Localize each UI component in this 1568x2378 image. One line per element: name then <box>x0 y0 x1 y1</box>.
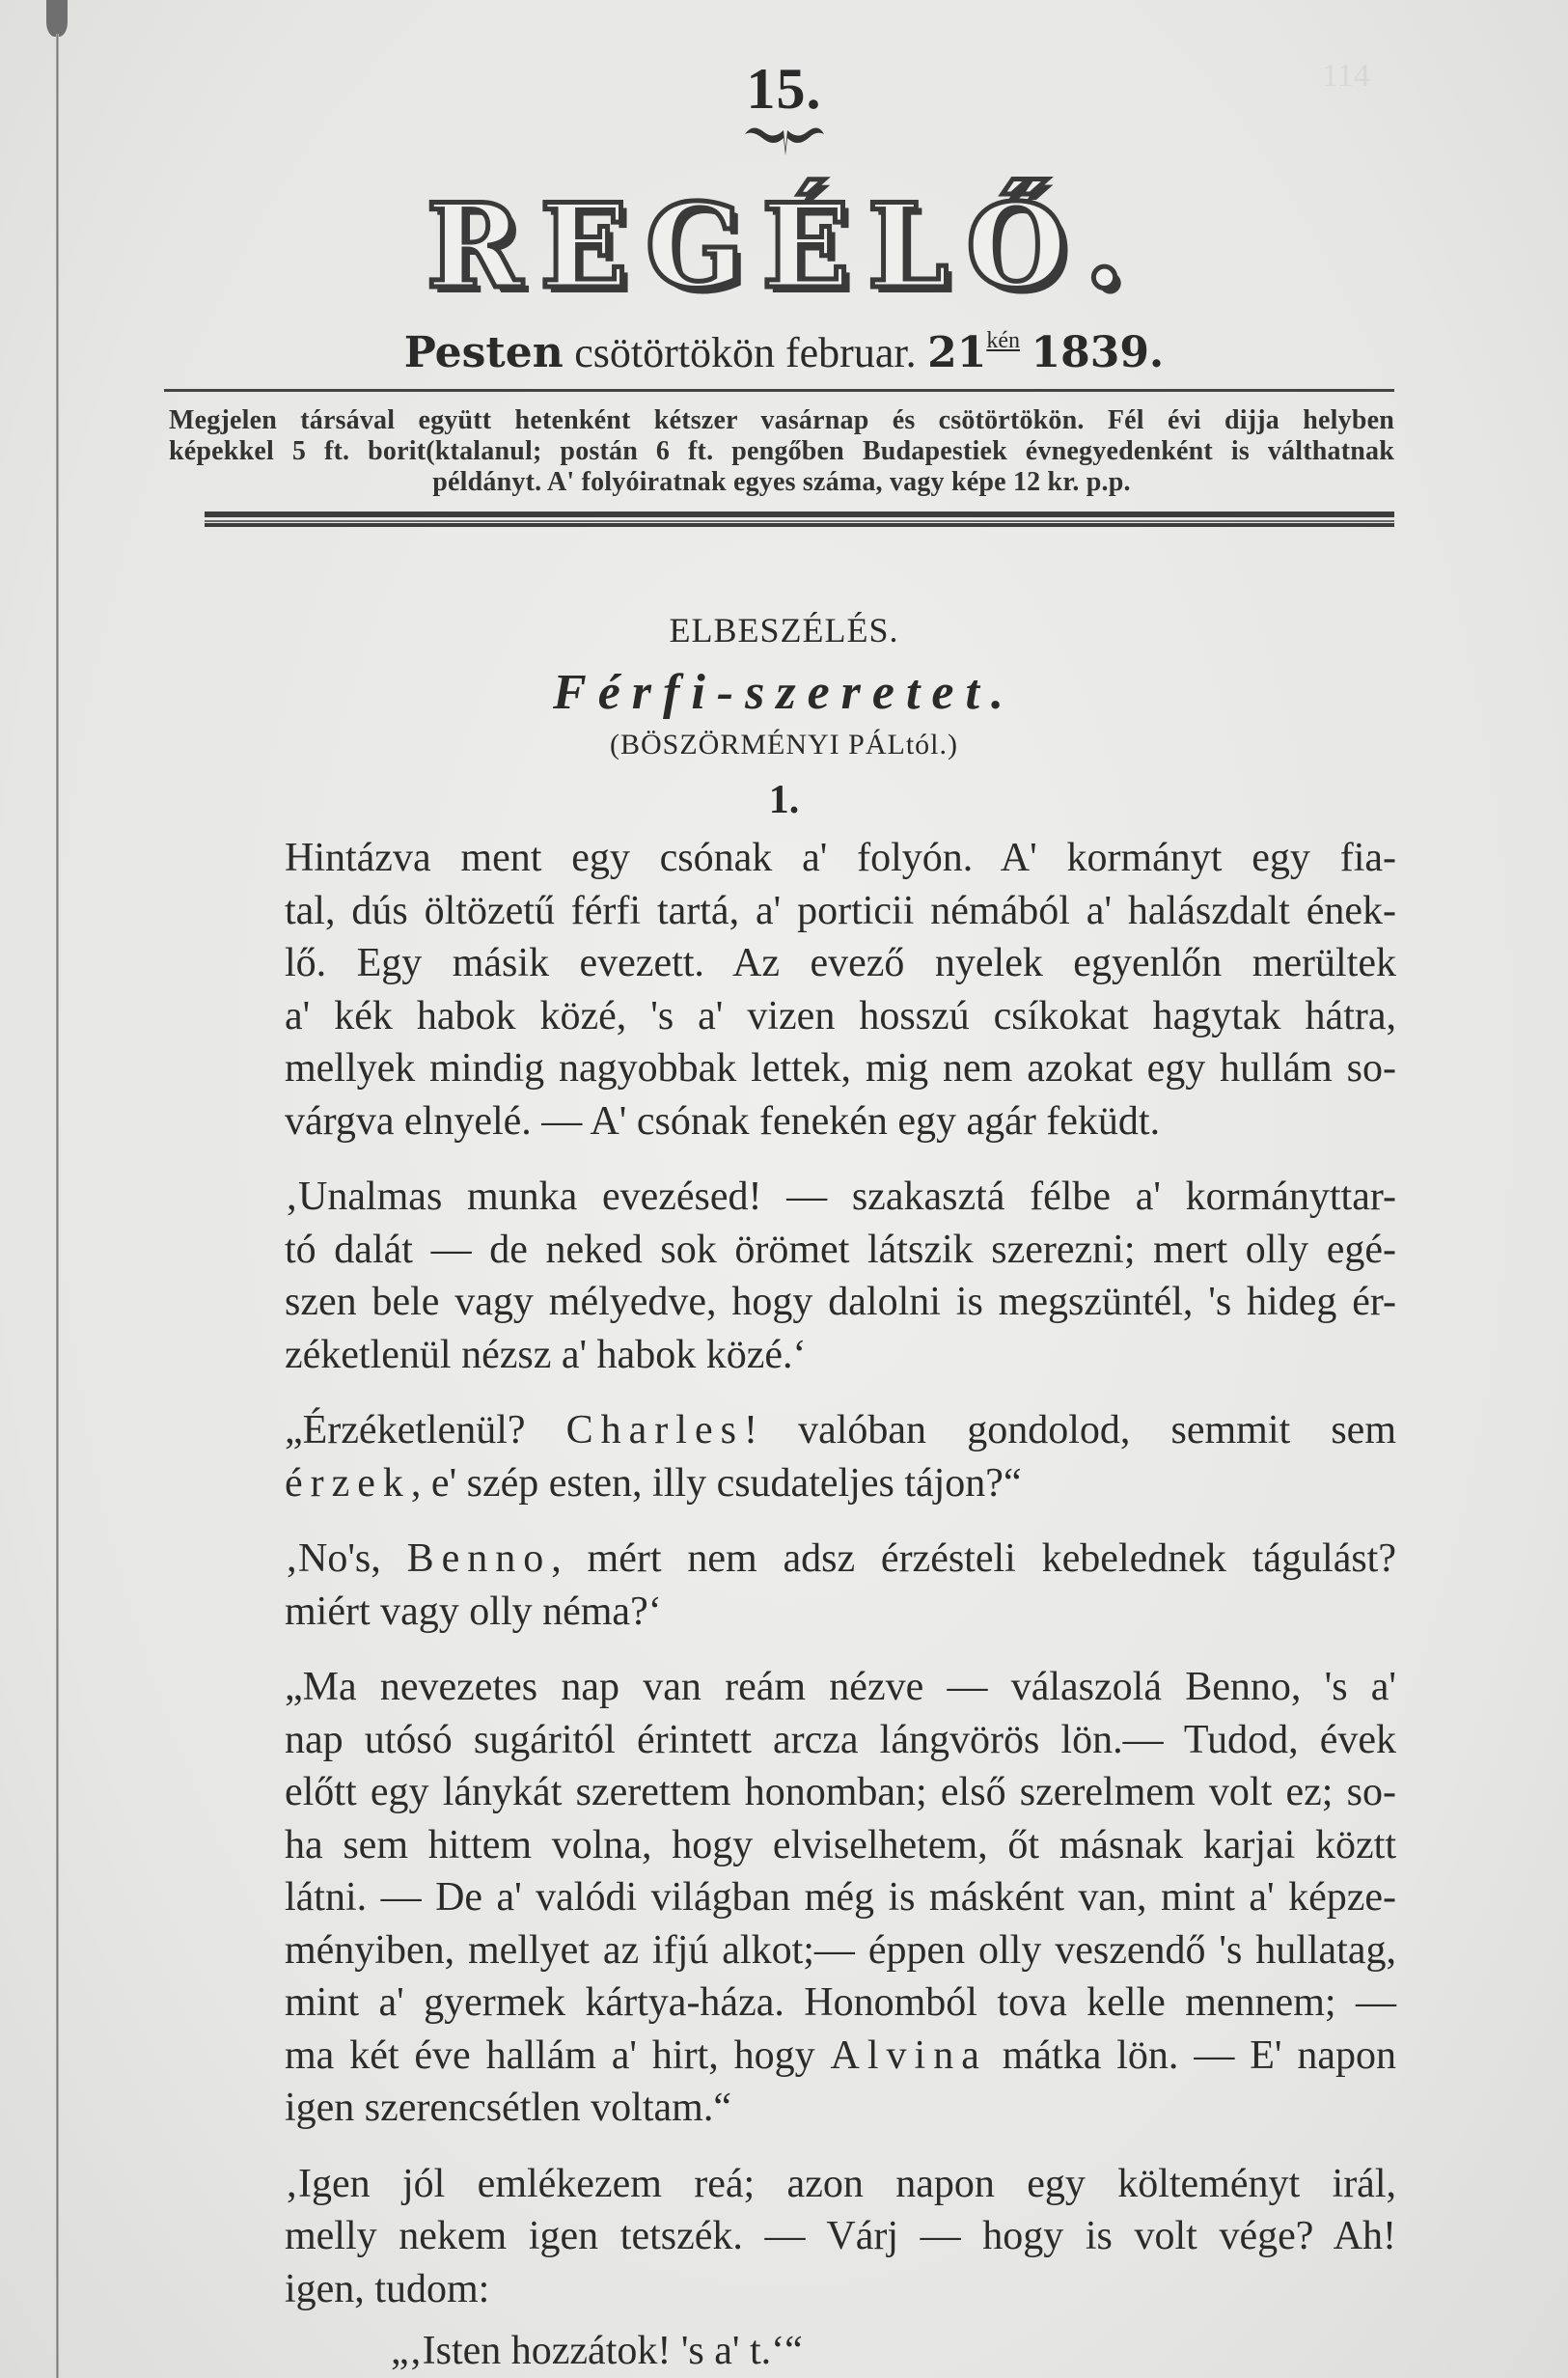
article-title: Férfi-szeretet. <box>0 664 1568 721</box>
text-line: „Ma nevezetes nap van reám nézve — válas… <box>285 1661 1396 1714</box>
text-line: igen szerencsétlen voltam.“ <box>285 2082 1396 2135</box>
text-line: igen, tudom: <box>285 2263 1396 2316</box>
emphasized-name: Benno <box>407 1536 552 1581</box>
double-rule-divider <box>205 512 1394 527</box>
dateline-day-suffix: kén <box>986 328 1020 353</box>
text-line: lő. Egy másik evezett. Az evező nyelek e… <box>285 937 1396 990</box>
paragraph-gap <box>285 1381 1396 1404</box>
text-line: zéketlenül nézsz a' habok közé.‘ <box>285 1329 1396 1382</box>
emphasized-name: Alvina <box>831 2033 987 2078</box>
text-line: nap utósó sugáritól érintett arcza lángv… <box>285 1714 1396 1767</box>
text-line: a' kék habok közé, 's a' vizen hosszú cs… <box>285 990 1396 1043</box>
text-line: tó dalát — de neked sok örömet látszik s… <box>285 1224 1396 1277</box>
subscription-line: képekkel 5 ft. borit(ktalanul; postán 6 … <box>169 436 1394 467</box>
text-line: mint a' gyermek kártya-háza. Honomból to… <box>285 1977 1396 2030</box>
verse-quote: „‚Isten hozzátok! 's a' t.‘“ <box>285 2325 1396 2378</box>
text-line: ha sem hittem volna, hogy elviselhetem, … <box>285 1819 1396 1872</box>
text-line: előtt egy lánykát szerettem honomban; el… <box>285 1766 1396 1819</box>
binding-notch <box>46 0 68 37</box>
text-line: mellyek mindig nagyobbak lettek, mig nem… <box>285 1042 1396 1095</box>
text-line: tal, dús öltözetű férfi tartá, a' portic… <box>285 885 1396 938</box>
paragraph-gap <box>285 1509 1396 1533</box>
text-line: várgva elnyelé. — A' csónak fenekén egy … <box>285 1095 1396 1148</box>
ornament-flourish-icon <box>0 121 1568 164</box>
header-rule <box>164 389 1394 392</box>
paragraph: „Érzéketlenül? Charles! valóban gondolod… <box>285 1404 1396 1509</box>
dateline: Pesten csötörtökön februar. 21kén 1839. <box>0 326 1568 377</box>
paragraph: „Ma nevezetes nap van reám nézve — válas… <box>285 1661 1396 2135</box>
text-line: ‚No's, Benno, mért nem adsz érzésteli ke… <box>285 1533 1396 1586</box>
section-heading: ELBESZÉLÉS. <box>0 610 1568 650</box>
paragraph: ‚Unalmas munka evezésed! — szakasztá fél… <box>285 1171 1396 1381</box>
paragraph: Hintázva ment egy csónak a' folyón. A' k… <box>285 832 1396 1148</box>
dateline-year: 1839. <box>1031 328 1164 377</box>
article-author: (BÖSZÖRMÉNYI PÁLtól.) <box>0 729 1568 761</box>
issue-number: 15. <box>0 56 1568 123</box>
text-line: ményiben, mellyet az ifjú alkot;— éppen … <box>285 1924 1396 1977</box>
dateline-day: 21 <box>927 328 986 377</box>
dateline-weekday-month: csötörtökön februar. <box>574 329 916 376</box>
masthead-title: REGÉLŐ. <box>0 179 1568 315</box>
text-line: miért vagy olly néma?‘ <box>285 1586 1396 1639</box>
binding-fold-line <box>56 34 59 2378</box>
paragraph-gap <box>285 2135 1396 2158</box>
text-line: „Érzéketlenül? Charles! valóban gondolod… <box>285 1404 1396 1457</box>
dateline-place: Pesten <box>404 328 564 377</box>
text-line: Hintázva ment egy csónak a' folyón. A' k… <box>285 832 1396 885</box>
text-line: látni. — De a' valódi világban még is má… <box>285 1871 1396 1924</box>
text-line: melly nekem igen tetszék. — Várj — hogy … <box>285 2210 1396 2263</box>
chapter-number: 1. <box>0 777 1568 823</box>
emphasized-name: Charles <box>566 1408 744 1452</box>
emphasized-name: érzek <box>285 1461 411 1506</box>
subscription-notice: Megjelen társával együtt hetenként kétsz… <box>169 405 1394 498</box>
text-line: ‚Igen jól emlékezem reá; azon napon egy … <box>285 2158 1396 2211</box>
text-line: érzek, e' szép esten, illy csudateljes t… <box>285 1457 1396 1510</box>
newspaper-page: 114 15. REGÉLŐ. Pesten csötörtökön febru… <box>0 0 1568 2378</box>
text-line: ma két éve hallám a' hirt, hogy Alvina m… <box>285 2030 1396 2083</box>
paragraph-gap <box>285 1148 1396 1171</box>
paragraph-gap <box>285 1638 1396 1661</box>
subscription-line: Megjelen társával együtt hetenként kétsz… <box>169 405 1394 436</box>
subscription-line: példányt. A' folyóiratnak egyes száma, v… <box>169 467 1394 498</box>
text-line: szen bele vagy mélyedve, hogy dalolni is… <box>285 1276 1396 1329</box>
paragraph: ‚No's, Benno, mért nem adsz érzésteli ke… <box>285 1533 1396 1638</box>
paragraph: ‚Igen jól emlékezem reá; azon napon egy … <box>285 2158 1396 2316</box>
text-line: ‚Unalmas munka evezésed! — szakasztá fél… <box>285 1171 1396 1224</box>
article-body: Hintázva ment egy csónak a' folyón. A' k… <box>285 832 1396 2378</box>
